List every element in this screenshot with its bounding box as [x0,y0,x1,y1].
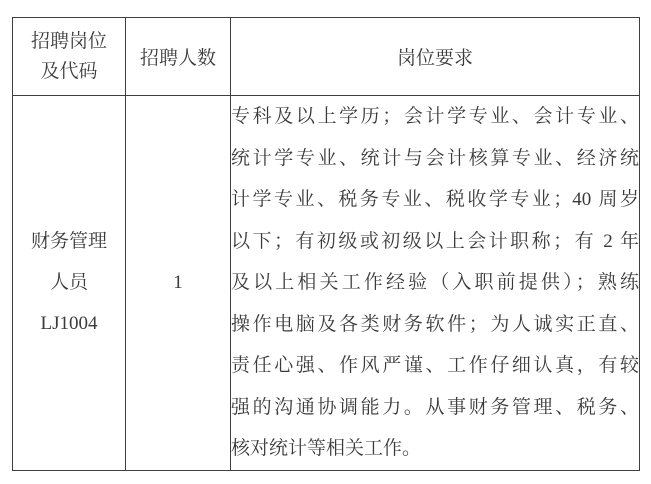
requirement-line: 强的沟通协调能力。从事财务管理、税务、 [231,387,639,429]
requirement-line: 以下；有初级或初级以上会计职称；有 2 年 [231,221,639,263]
position-code-line: LJ1004 [13,303,125,344]
document-page: 招聘岗位 及代码 招聘人数 岗位要求 财务管理人员LJ1004 1 专科及以上学… [0,0,651,484]
requirement-line: 及以上相关工作经验（入职前提供）；熟练 [231,262,639,304]
header-position-code-line2: 及代码 [13,57,125,87]
requirement-line: 操作电脑及各类财务软件；为人诚实正直、 [231,304,639,346]
header-position-code-line1: 招聘岗位 [13,27,125,57]
requirement-line: 计学专业、税务专业、税收学专业；40 周岁 [231,179,639,221]
requirement-line: 专科及以上学历；会计学专业、会计专业、 [231,96,639,138]
cell-headcount: 1 [126,96,231,471]
header-requirements: 岗位要求 [231,18,640,96]
header-row: 招聘岗位 及代码 招聘人数 岗位要求 [13,18,640,96]
position-code-line: 财务管理 [13,221,125,262]
cell-requirements: 专科及以上学历；会计学专业、会计专业、统计学专业、统计与会计核算专业、经济统计学… [231,96,640,471]
table-row: 财务管理人员LJ1004 1 专科及以上学历；会计学专业、会计专业、统计学专业、… [13,96,640,471]
position-code-line: 人员 [13,262,125,303]
header-headcount: 招聘人数 [126,18,231,96]
requirement-line: 统计学专业、统计与会计核算专业、经济统 [231,138,639,180]
header-position-code: 招聘岗位 及代码 [13,18,126,96]
requirement-line: 核对统计等相关工作。 [231,428,639,470]
recruitment-table: 招聘岗位 及代码 招聘人数 岗位要求 财务管理人员LJ1004 1 专科及以上学… [12,17,640,471]
cell-position-code: 财务管理人员LJ1004 [13,96,126,471]
requirement-line: 责任心强、作风严谨、工作仔细认真，有较 [231,345,639,387]
